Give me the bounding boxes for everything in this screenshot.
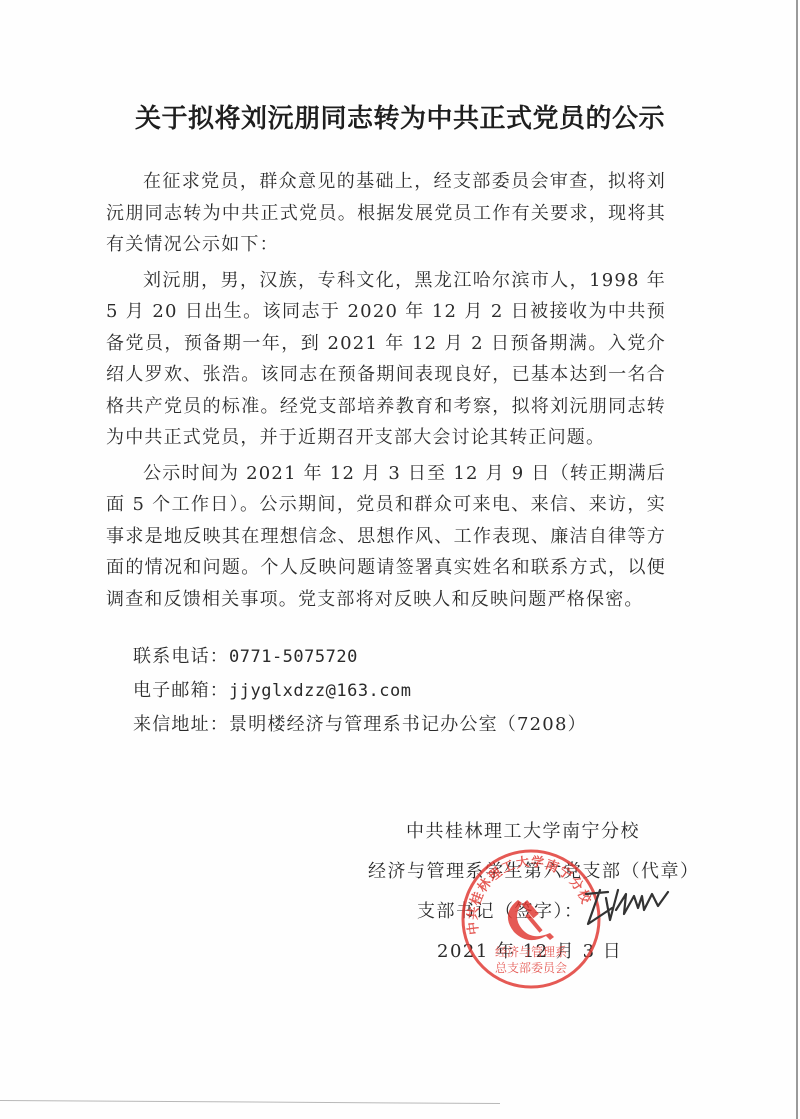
handwritten-signature-icon [578, 880, 678, 930]
document-body: 在征求党员，群众意见的基础上，经支部委员会审查，拟将刘沅朋同志转为中共正式党员。… [106, 166, 666, 619]
paragraph-candidate-info: 刘沅朋，男，汉族，专科文化，黑龙江哈尔滨市人，1998 年 5 月 20 日出生… [106, 265, 666, 454]
contact-address-row: 来信地址：景明楼经济与管理系书记办公室（7208） [133, 708, 587, 742]
phone-value: 0771-5075720 [229, 647, 358, 667]
seal-inner-line1: 经济与管理系 [495, 944, 567, 959]
contact-info: 联系电话：0771-5075720 电子邮箱：jjyglxdzz@163.com… [133, 640, 587, 742]
email-value: jjyglxdzz@163.com [229, 681, 412, 701]
contact-email-row: 电子邮箱：jjyglxdzz@163.com [133, 674, 587, 708]
scan-page-edge [796, 0, 798, 1119]
paragraph-notice-period: 公示时间为 2021 年 12 月 3 日至 12 月 9 日（转正期满后面 5… [106, 458, 666, 616]
address-label: 来信地址： [133, 714, 229, 735]
email-label: 电子邮箱： [133, 680, 229, 701]
hammer-sickle-icon [508, 900, 554, 940]
document-title: 关于拟将刘沅朋同志转为中共正式党员的公示 [0, 98, 800, 135]
phone-label: 联系电话： [133, 646, 229, 667]
address-value: 景明楼经济与管理系书记办公室（7208） [229, 714, 587, 735]
paragraph-intro: 在征求党员，群众意见的基础上，经支部委员会审查，拟将刘沅朋同志转为中共正式党员。… [106, 166, 666, 261]
seal-inner-line2: 总支部委员会 [495, 960, 567, 975]
contact-phone-row: 联系电话：0771-5075720 [133, 640, 587, 674]
signature-org: 中共桂林理工大学南宁分校 [406, 812, 640, 852]
scan-artifact-line [0, 1100, 500, 1104]
